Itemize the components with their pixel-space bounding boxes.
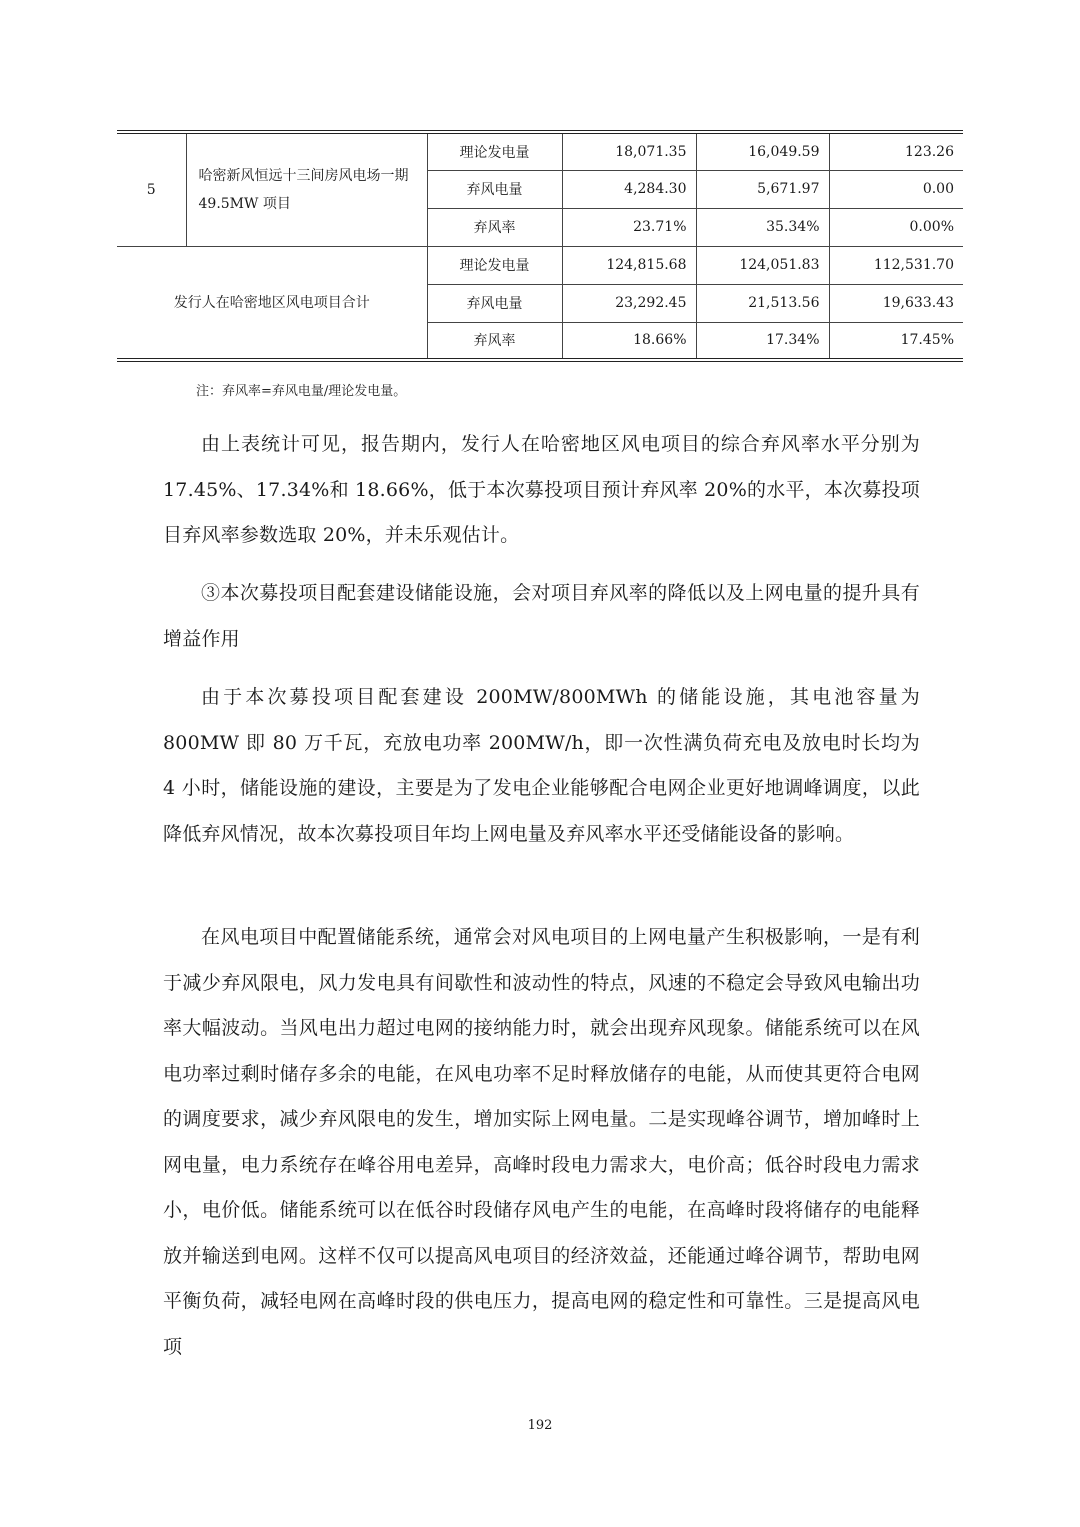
metric-label: 弃风率 bbox=[427, 322, 562, 360]
value-cell: 123.26 bbox=[829, 132, 963, 170]
value-cell: 19,633.43 bbox=[829, 284, 963, 322]
row-index: 5 bbox=[117, 132, 186, 246]
value-cell: 124,815.68 bbox=[562, 246, 696, 284]
value-cell: 0.00% bbox=[829, 208, 963, 246]
table-note: 注：弃风率=弃风电量/理论发电量。 bbox=[196, 380, 406, 399]
metric-label: 理论发电量 bbox=[427, 132, 562, 170]
metric-label: 理论发电量 bbox=[427, 246, 562, 284]
value-cell: 18.66% bbox=[562, 322, 696, 360]
paragraph-storage: 由于本次募投项目配套建设 200MW/800MWh 的储能设施，其电池容量为 8… bbox=[163, 675, 920, 857]
project-name: 哈密新风恒远十三间房风电场一期 49.5MW 项目 bbox=[186, 132, 427, 246]
value-cell: 124,051.83 bbox=[696, 246, 829, 284]
wind-curtailment-table: 5 哈密新风恒远十三间房风电场一期 49.5MW 项目 理论发电量 18,071… bbox=[117, 130, 963, 362]
paragraph-summary: 由上表统计可见，报告期内，发行人在哈密地区风电项目的综合弃风率水平分别为 17.… bbox=[163, 422, 920, 559]
value-cell: 4,284.30 bbox=[562, 170, 696, 208]
metric-label: 弃风率 bbox=[427, 208, 562, 246]
value-cell: 18,071.35 bbox=[562, 132, 696, 170]
metric-label: 弃风电量 bbox=[427, 284, 562, 322]
value-cell: 21,513.56 bbox=[696, 284, 829, 322]
table-row: 5 哈密新风恒远十三间房风电场一期 49.5MW 项目 理论发电量 18,071… bbox=[117, 132, 963, 170]
value-cell: 17.45% bbox=[829, 322, 963, 360]
paragraph-benefits: 在风电项目中配置储能系统，通常会对风电项目的上网电量产生积极影响，一是有利于减少… bbox=[163, 915, 920, 1370]
value-cell: 112,531.70 bbox=[829, 246, 963, 284]
page-number: 192 bbox=[0, 1418, 1080, 1433]
value-cell: 23.71% bbox=[562, 208, 696, 246]
value-cell: 16,049.59 bbox=[696, 132, 829, 170]
metric-label: 弃风电量 bbox=[427, 170, 562, 208]
value-cell: 23,292.45 bbox=[562, 284, 696, 322]
table-row: 发行人在哈密地区风电项目合计 理论发电量 124,815.68 124,051.… bbox=[117, 246, 963, 284]
value-cell: 5,671.97 bbox=[696, 170, 829, 208]
value-cell: 35.34% bbox=[696, 208, 829, 246]
value-cell: 17.34% bbox=[696, 322, 829, 360]
value-cell: 0.00 bbox=[829, 170, 963, 208]
total-label: 发行人在哈密地区风电项目合计 bbox=[117, 246, 427, 360]
section-heading: ③本次募投项目配套建设储能设施，会对项目弃风率的降低以及上网电量的提升具有增益作… bbox=[163, 571, 920, 662]
